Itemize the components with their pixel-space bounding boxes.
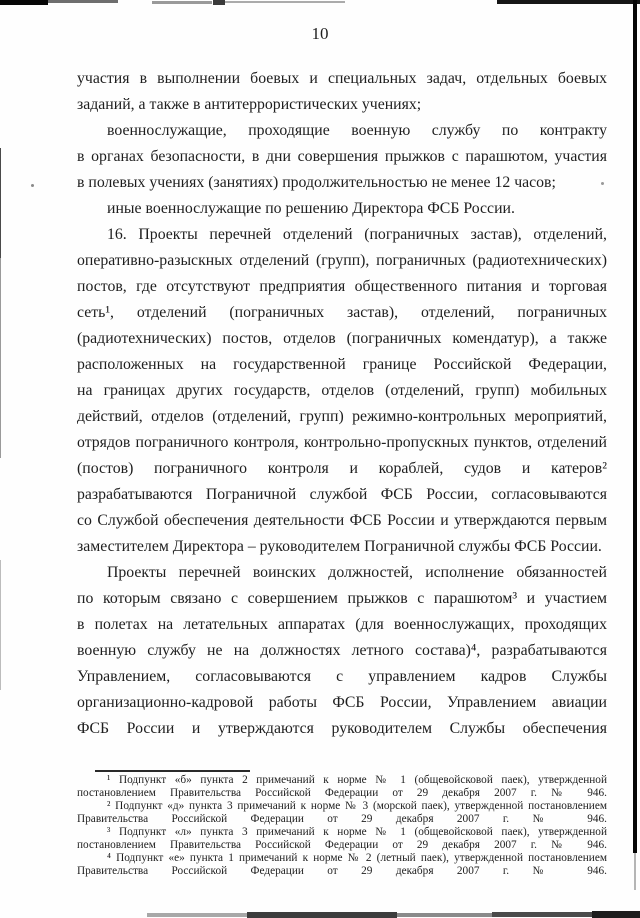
body-line: на границах других государств, отделов (… <box>77 378 607 404</box>
body-line: иные военнослужащие по решению Директора… <box>77 196 607 222</box>
body-line: заданий, а также в антитеррористических … <box>77 92 607 118</box>
footnote-line: ¹ Подпункт «б» пункта 2 примечаний к нор… <box>77 774 607 787</box>
scan-artifact-top <box>0 0 48 5</box>
scan-artifact-right-edge <box>634 853 636 890</box>
scan-artifact-left-edge <box>0 258 1 458</box>
footnote-line: Правительства Российской Федерации от 29… <box>77 865 607 878</box>
body-text: участия в выполнении боевых и специальны… <box>77 66 607 742</box>
scan-artifact-left-edge <box>0 560 1 690</box>
scan-artifact-bottom <box>592 911 640 918</box>
body-line: оперативно-разыскных отделений (групп), … <box>77 248 607 274</box>
scan-artifact-top <box>152 1 212 4</box>
footnote-line: Правительства Российской Федерации от 29… <box>77 813 607 826</box>
scan-artifact-top <box>225 1 345 3</box>
footnotes: ¹ Подпункт «б» пункта 2 примечаний к нор… <box>77 774 607 878</box>
scan-artifact-top <box>48 0 118 3</box>
scan-artifact-top <box>497 0 640 4</box>
body-line: организационно-кадровой работы ФСБ Росси… <box>77 690 607 716</box>
footnote-line: ² Подпункт «д» пункта 3 примечаний к нор… <box>77 800 607 813</box>
footnote-line: ³ Подпункт «л» пункта 3 примечаний к нор… <box>77 826 607 839</box>
body-line: сеть¹, отделений (пограничных застав), о… <box>77 300 607 326</box>
document-page: 10 участия в выполнении боевых и специал… <box>0 0 640 918</box>
footnote-line: постановлением Правительства Российской … <box>77 787 607 800</box>
body-line: по которым связано с совершением прыжков… <box>77 586 607 612</box>
body-line: расположенных на государственной границе… <box>77 352 607 378</box>
body-line: 16. Проекты перечней отделений (погранич… <box>77 222 607 248</box>
page-number: 10 <box>0 24 640 44</box>
body-line: Управлением, согласовываются с управлени… <box>77 664 607 690</box>
scan-artifact-bottom <box>147 913 247 917</box>
scan-artifact-left-edge <box>0 148 1 258</box>
scan-artifact-top <box>213 0 225 5</box>
footnote-separator <box>95 770 250 772</box>
body-line: действий, отделов (отделений, групп) реж… <box>77 404 607 430</box>
body-line: (постов) пограничного контроля и корабле… <box>77 456 607 482</box>
scan-artifact-bottom <box>247 912 397 918</box>
body-line: заместителем Директора – руководителем П… <box>77 534 607 560</box>
body-line: военнослужащие, проходящие военную служб… <box>77 118 607 144</box>
body-line: постов, где отсутствуют предприятия обще… <box>77 274 607 300</box>
body-line: в органах безопасности, в дни совершения… <box>77 144 607 170</box>
scan-speck <box>31 184 34 187</box>
body-line: участия в выполнении боевых и специальны… <box>77 66 607 92</box>
body-line: со Службой обеспечения деятельности ФСБ … <box>77 508 607 534</box>
body-line: разрабатываются Пограничной службой ФСБ … <box>77 482 607 508</box>
body-line: отрядов пограничного контроля, контрольн… <box>77 430 607 456</box>
body-line: в полевых учениях (занятиях) продолжител… <box>77 170 607 196</box>
body-line: ФСБ России и утверждаются руководителем … <box>77 716 607 742</box>
body-line: Проекты перечней воинских должностей, ис… <box>77 560 607 586</box>
footnote-line: постановлением Правительства Российской … <box>77 839 607 852</box>
body-line: (радиотехнических) постов, отделов (погр… <box>77 326 607 352</box>
footnote-line: ⁴ Подпункт «е» пункта 1 примечаний к нор… <box>77 852 607 865</box>
scan-artifact-right-edge <box>633 0 637 853</box>
body-line: в полетах на летательных аппаратах (для … <box>77 612 607 638</box>
body-line: военную службу не на должностях летного … <box>77 638 607 664</box>
scan-artifact-bottom <box>397 913 492 917</box>
scan-artifact-bottom <box>492 912 592 917</box>
